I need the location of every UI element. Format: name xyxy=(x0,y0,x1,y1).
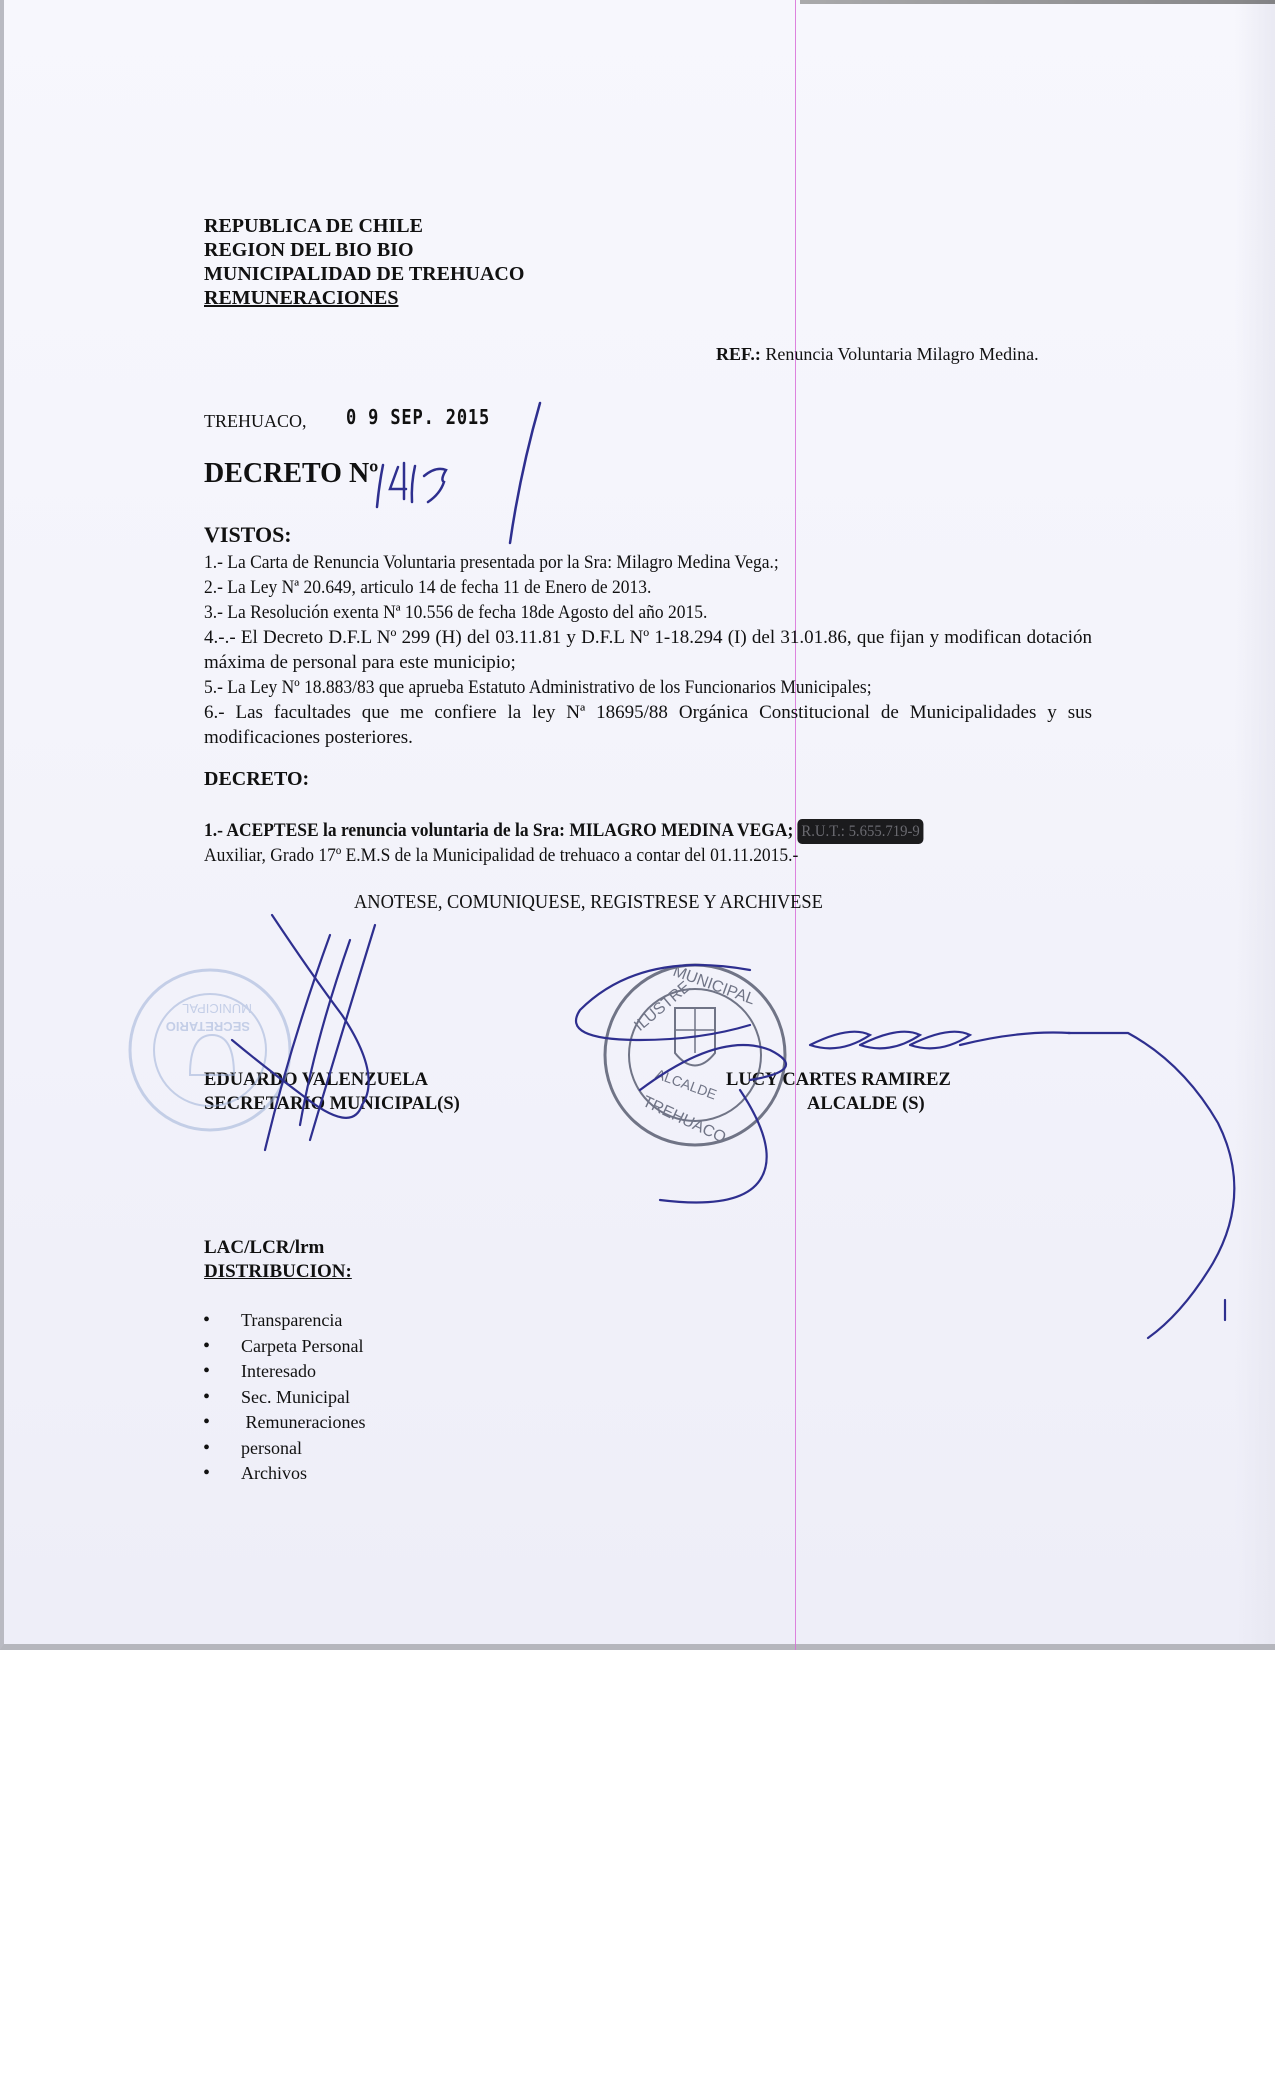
reference-label: REF.: xyxy=(716,344,761,364)
distribution-item: Archivos xyxy=(203,1461,365,1487)
signatory-left-name: EDUARDO VALENZUELA xyxy=(204,1068,428,1092)
decreto-section-title: DECRETO: xyxy=(204,768,309,791)
city-label: TREHUACO, xyxy=(204,411,307,432)
header-republica: REPUBLICA DE CHILE xyxy=(204,214,423,238)
distribution-item: Remuneraciones xyxy=(203,1410,365,1436)
header-department: REMUNERACIONES xyxy=(204,286,398,310)
date-stamp: 0 9 SEP. 2015 xyxy=(346,405,490,429)
scan-edge-shadow xyxy=(800,0,1275,4)
vistos-item-1: 1.- La Carta de Renuncia Voluntaria pres… xyxy=(204,550,779,575)
initials: LAC/LCR/lrm xyxy=(204,1236,324,1260)
distribution-item: Carpeta Personal xyxy=(203,1334,365,1360)
resolution-line-1: 1.- ACEPTESE la renuncia voluntaria de l… xyxy=(204,818,923,844)
vistos-item-3: 3.- La Resolución exenta Nª 10.556 de fe… xyxy=(204,600,707,625)
distribution-item: personal xyxy=(203,1436,365,1462)
vistos-item-6: 6.- Las facultades que me confiere la le… xyxy=(204,700,1092,750)
closing-formula: ANOTESE, COMUNIQUESE, REGISTRESE Y ARCHI… xyxy=(354,890,823,915)
redacted-rut: R.U.T.: 5.655.719-9 xyxy=(798,819,924,844)
distribution-list: Transparencia Carpeta Personal Interesad… xyxy=(203,1308,365,1487)
resolution-text: 1.- ACEPTESE la renuncia voluntaria de l… xyxy=(204,820,793,841)
vistos-item-2: 2.- La Ley Nª 20.649, articulo 14 de fec… xyxy=(204,575,651,600)
vistos-item-5: 5.- La Ley Nº 18.883/83 que aprueba Esta… xyxy=(204,675,872,700)
header-region: REGION DEL BIO BIO xyxy=(204,238,414,262)
decreto-title: DECRETO Nº xyxy=(204,458,378,490)
distribution-item: Interesado xyxy=(203,1359,365,1385)
distribution-title: DISTRIBUCION: xyxy=(204,1260,352,1284)
vistos-title: VISTOS: xyxy=(204,522,292,548)
signatory-right-name: LUCY CARTES RAMIREZ xyxy=(726,1068,951,1092)
distribution-item: Sec. Municipal xyxy=(203,1385,365,1411)
distribution-item: Transparencia xyxy=(203,1308,365,1334)
vistos-item-4: 4.-.- El Decreto D.F.L Nº 299 (H) del 03… xyxy=(204,625,1092,675)
reference-line: REF.: Renuncia Voluntaria Milagro Medina… xyxy=(716,344,1039,365)
reference-text: Renuncia Voluntaria Milagro Medina. xyxy=(765,344,1038,364)
signatory-left-title: SECRETARIO MUNICIPAL(S) xyxy=(204,1092,460,1116)
header-municipalidad: MUNICIPALIDAD DE TREHUACO xyxy=(204,262,524,286)
resolution-line-2: Auxiliar, Grado 17º E.M.S de la Municipa… xyxy=(204,843,798,868)
signatory-right-title: ALCALDE (S) xyxy=(807,1092,925,1116)
